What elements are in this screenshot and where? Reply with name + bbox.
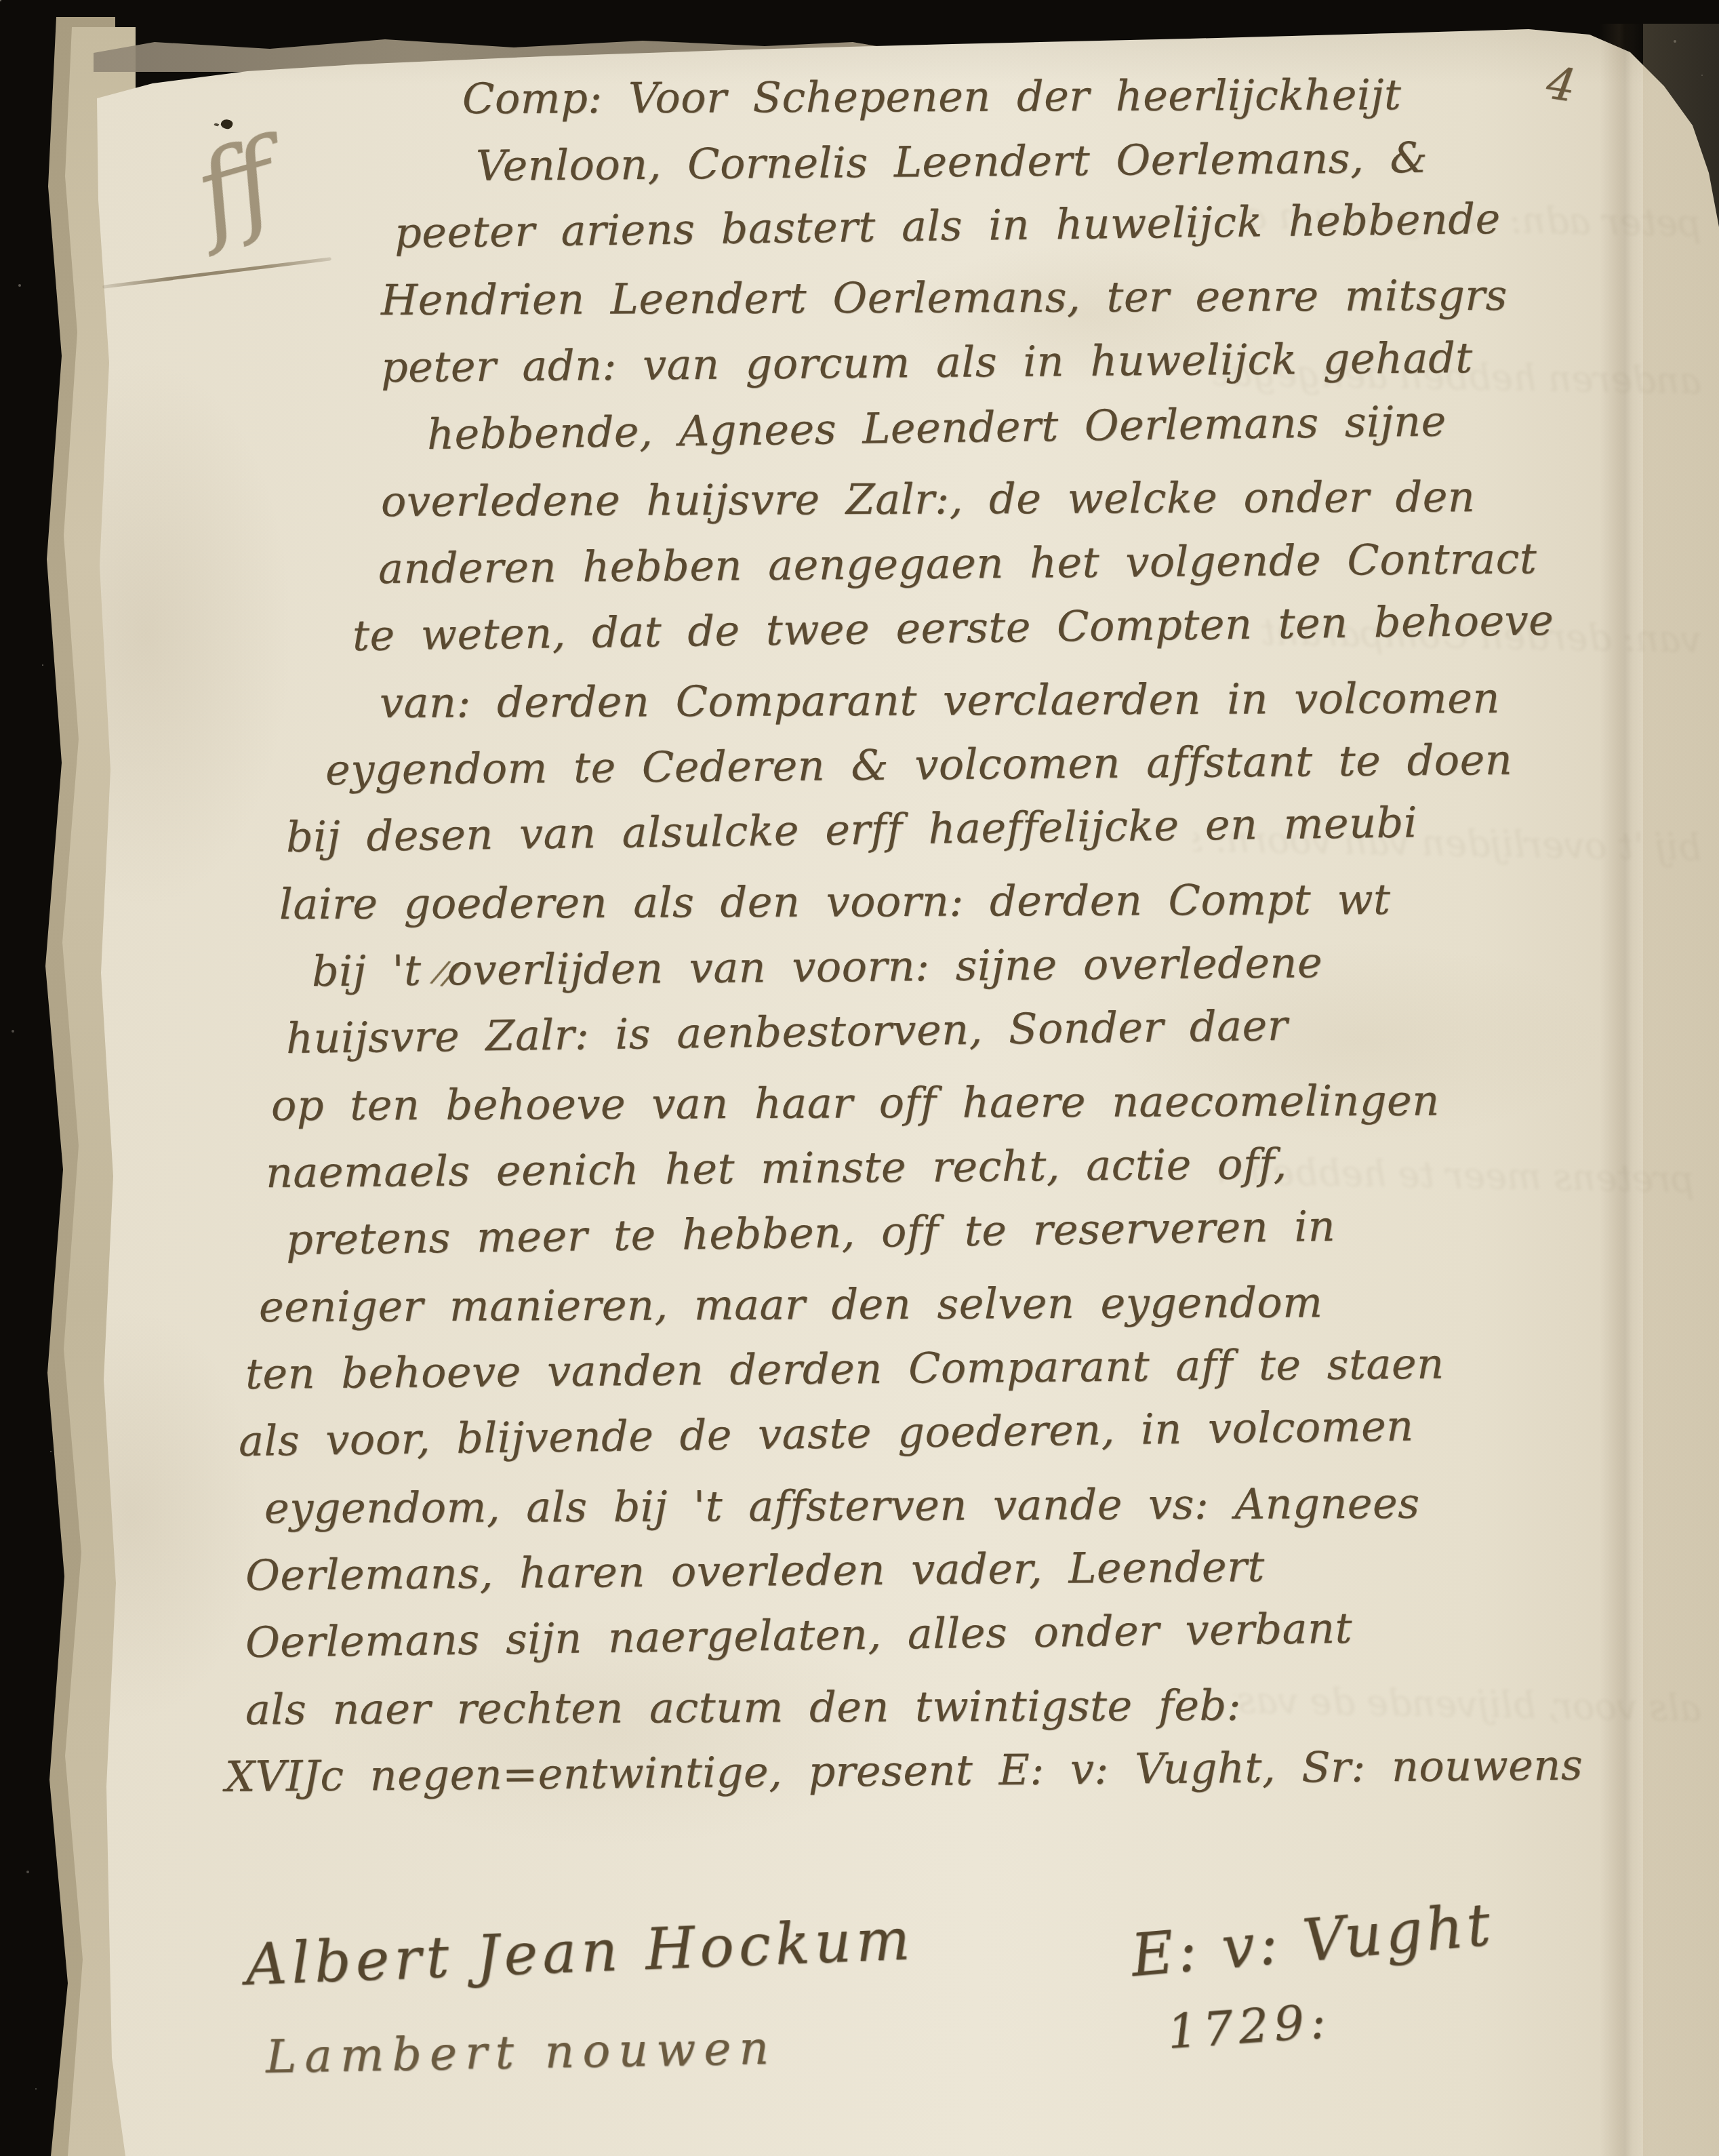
handwritten-line: XVIJc negen=entwintige, present E: v: Vu… (225, 1730, 1688, 1810)
handwritten-line: Comp: Voor Schepenen der heerlijckheijt (462, 60, 1688, 132)
handwritten-line: overledene huijsvre Zalr:, de welcke ond… (381, 462, 1688, 535)
handwritten-line: Hendrien Leendert Oerlemans, ter eenre m… (381, 261, 1688, 334)
handwritten-line: laire goederen als den voorn: derden Com… (279, 864, 1688, 938)
handwritten-line: van: derden Comparant verclaerden in vol… (380, 664, 1688, 736)
scan-dust-specks (0, 0, 1, 1)
signature-year-1729: 1729: (1165, 1993, 1333, 2060)
handwritten-text-body: Comp: Voor Schepenen der heerlijckheijtV… (224, 65, 1688, 1810)
signature-lambert-nouwen: Lambert nouwen (265, 2021, 777, 2083)
